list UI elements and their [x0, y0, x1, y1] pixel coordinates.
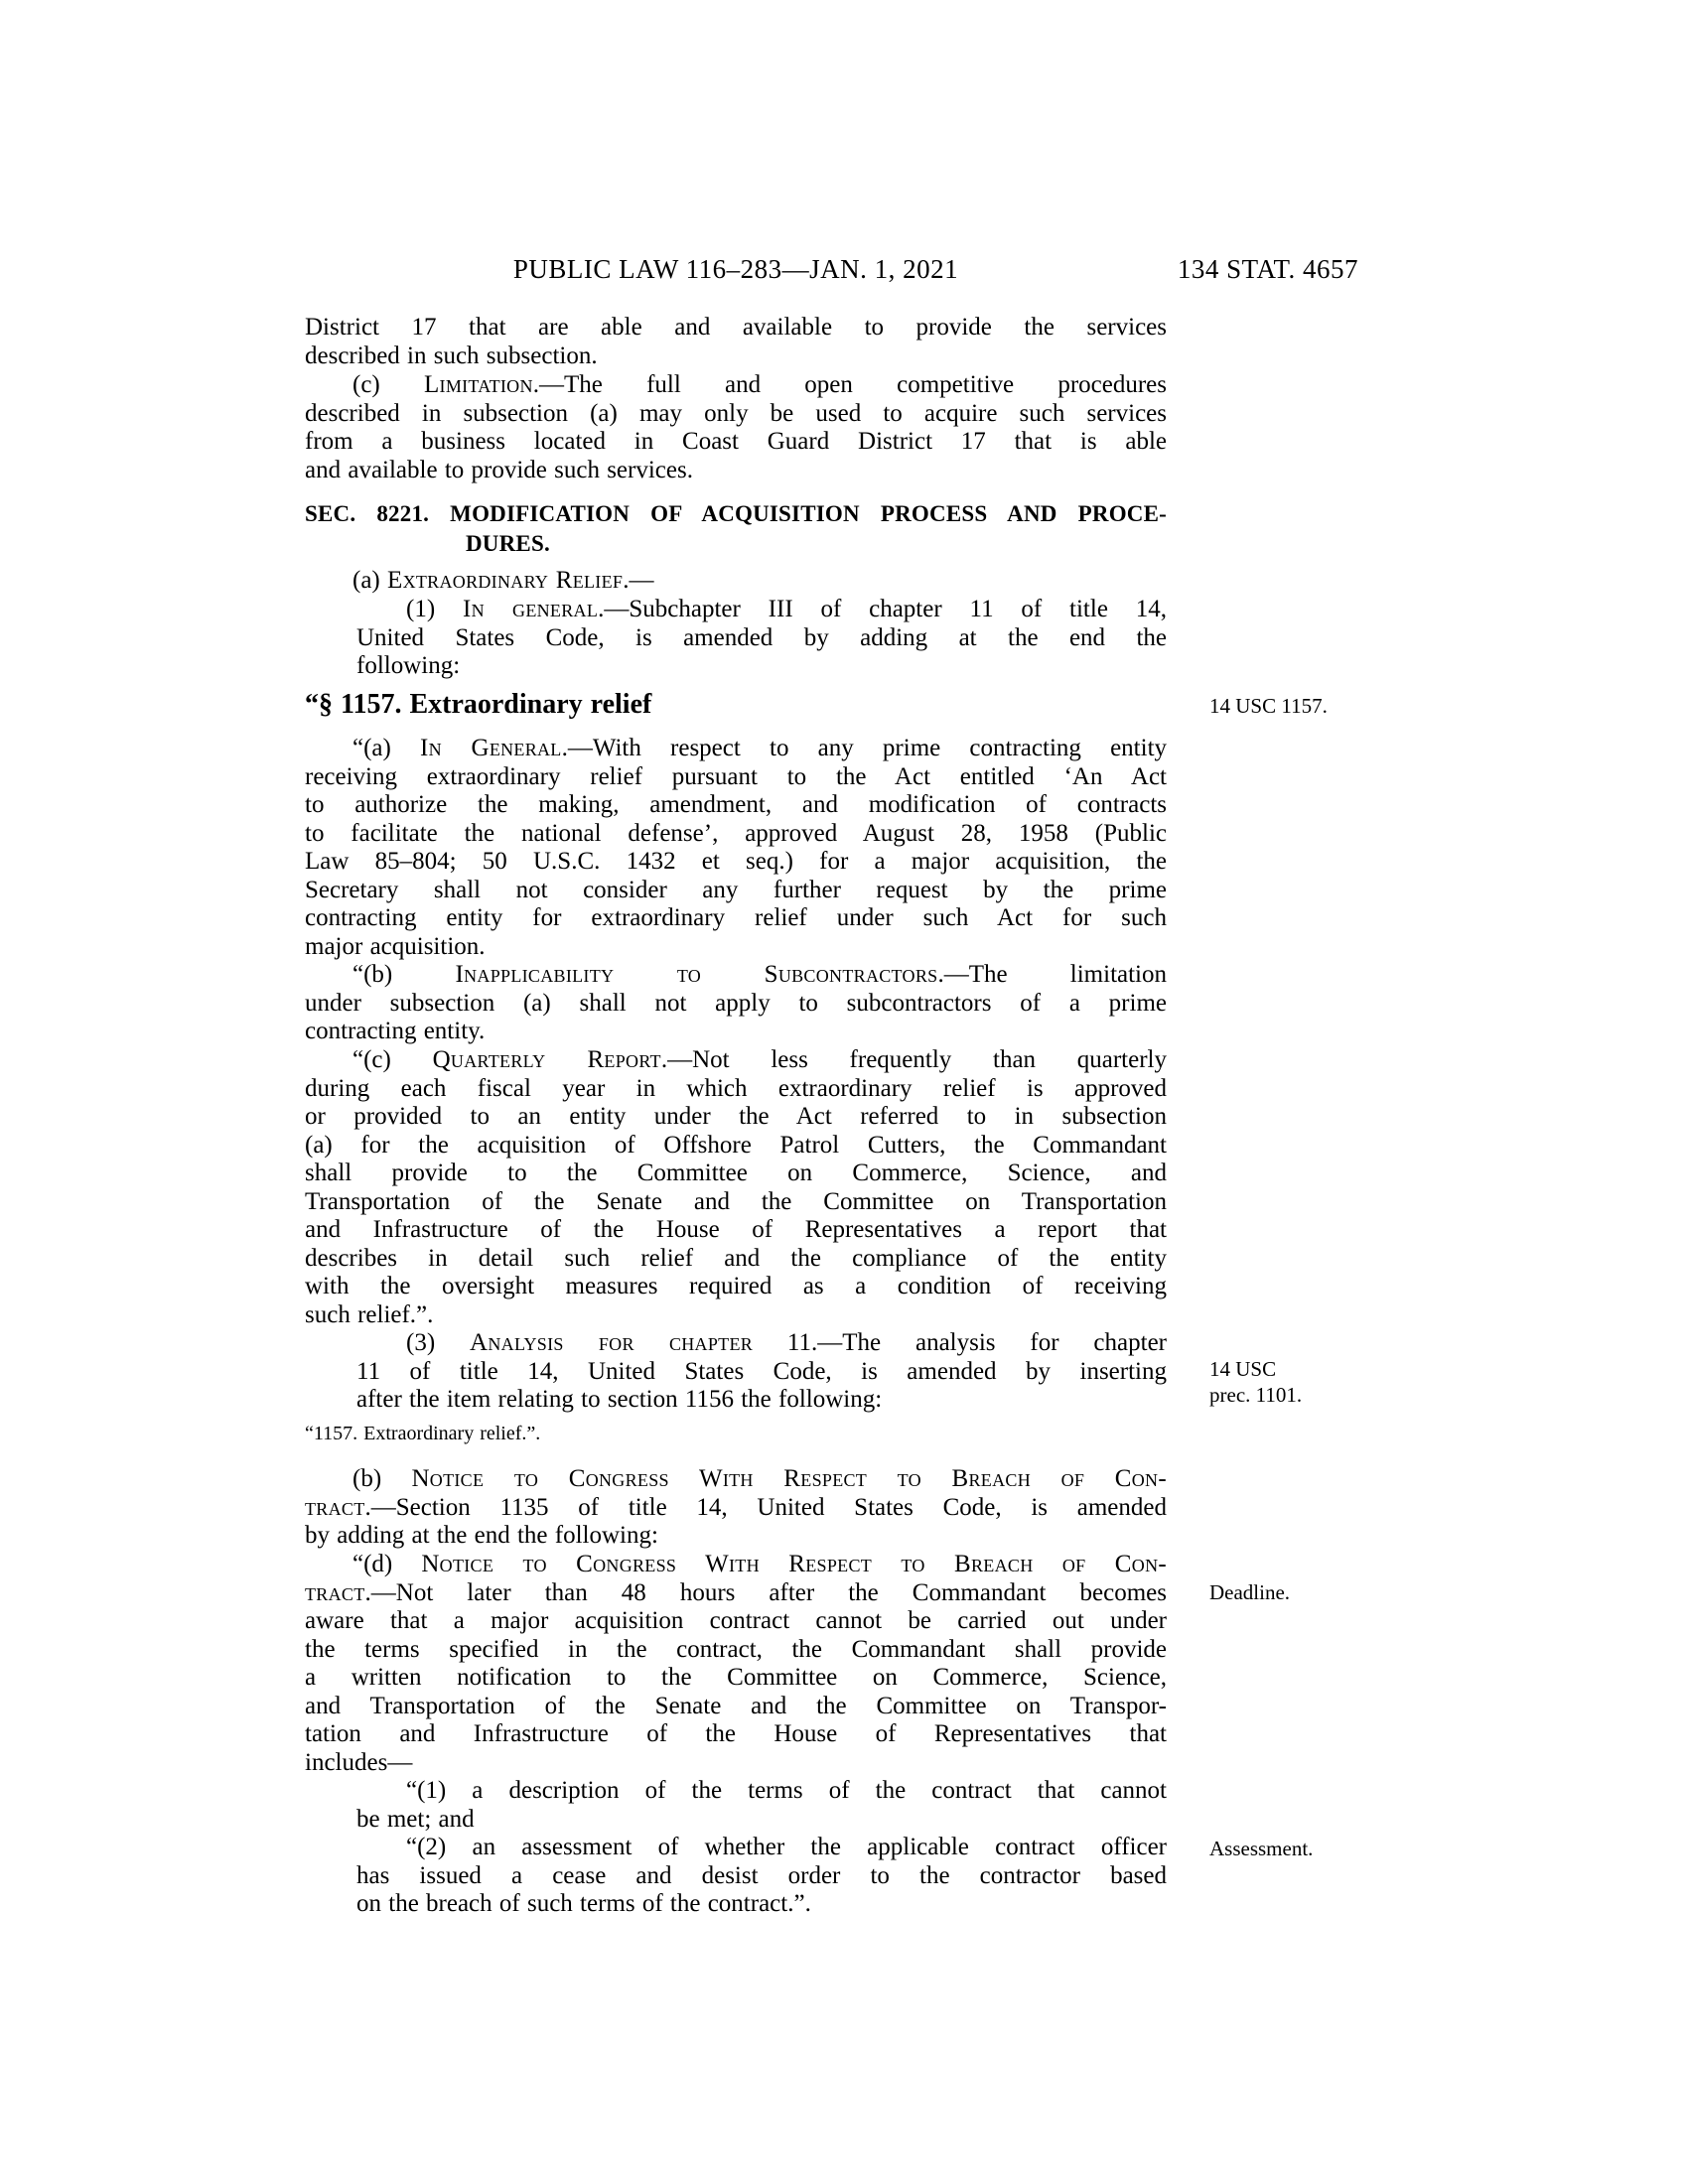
paragraph-c-limitation: (c) Limitation.—The full and open compet…: [305, 371, 1167, 484]
text-line: with the oversight measures required as …: [305, 1273, 1167, 1301]
text-line: (b) Notice to Congress With Respect to B…: [305, 1465, 1167, 1494]
clause-1-description: “(1) a description of the terms of the c…: [356, 1777, 1167, 1834]
text-line: “(d) Notice to Congress With Respect to …: [305, 1551, 1167, 1579]
text-line: United States Code, is amended by adding…: [356, 624, 1167, 653]
text-line: and available to provide such services.: [305, 457, 1167, 485]
statute-page: PUBLIC LAW 116–283—JAN. 1, 2021 134 STAT…: [0, 0, 1688, 2184]
text-line: “(c) Quarterly Report.—Not less frequent…: [305, 1046, 1167, 1075]
text-line: (c) Limitation.—The full and open compet…: [305, 371, 1167, 400]
text-line: “(a) In General.—With respect to any pri…: [305, 735, 1167, 763]
margin-note-line: Deadline.: [1209, 1579, 1388, 1605]
para-1157-b: “(b) Inapplicability to Subcontractors.—…: [305, 961, 1167, 1046]
text-line: from a business located in Coast Guard D…: [305, 428, 1167, 457]
text-line: shall provide to the Committee on Commer…: [305, 1160, 1167, 1188]
paragraph-district-services: District 17 that are able and available …: [305, 314, 1167, 370]
paragraph-1-in-general: (1) In general.—Subchapter III of chapte…: [356, 596, 1167, 681]
margin-note-assessment: Assessment.: [1209, 1836, 1388, 1861]
text-line: described in subsection (a) may only be …: [305, 400, 1167, 429]
text-line: after the item relating to section 1156 …: [356, 1386, 1167, 1415]
text-line: Transportation of the Senate and the Com…: [305, 1188, 1167, 1217]
para-d-notice-breach: “(d) Notice to Congress With Respect to …: [305, 1551, 1167, 1777]
text-line: (3) Analysis for chapter 11.—The analysi…: [356, 1329, 1167, 1358]
clause-2-assessment: “(2) an assessment of whether the applic…: [356, 1834, 1167, 1919]
paragraph-b-notice-breach: (b) Notice to Congress With Respect to B…: [305, 1465, 1167, 1551]
text-line: following:: [356, 652, 1167, 681]
text-line: and Infrastructure of the House of Repre…: [305, 1216, 1167, 1245]
page-header-title: PUBLIC LAW 116–283—JAN. 1, 2021: [305, 254, 1167, 284]
text-line: SEC. 8221. MODIFICATION OF ACQUISITION P…: [305, 499, 1167, 529]
paragraph-3-analysis: (3) Analysis for chapter 11.—The analysi…: [356, 1329, 1167, 1415]
analysis-entry-1157: “1157. Extraordinary relief.”.: [305, 1422, 1167, 1445]
text-line: by adding at the end the following:: [305, 1522, 1167, 1551]
text-line: (a) for the acquisition of Offshore Patr…: [305, 1132, 1167, 1160]
text-line: such relief.”.: [305, 1301, 1167, 1330]
text-line: “§ 1157. Extraordinary relief: [305, 689, 1167, 720]
margin-note-14-usc-prec-1101: 14 USCprec. 1101.: [1209, 1356, 1388, 1408]
margin-note-line: 14 USC 1157.: [1209, 693, 1388, 719]
text-line: or provided to an entity under the Act r…: [305, 1103, 1167, 1132]
text-line: under subsection (a) shall not apply to …: [305, 990, 1167, 1019]
text-line: on the breach of such terms of the contr…: [356, 1890, 1167, 1919]
text-line: and Transportation of the Senate and the…: [305, 1693, 1167, 1721]
text-line: “1157. Extraordinary relief.”.: [305, 1422, 1167, 1445]
text-line: a written notification to the Committee …: [305, 1664, 1167, 1693]
text-line: aware that a major acquisition contract …: [305, 1607, 1167, 1636]
text-line: tation and Infrastructure of the House o…: [305, 1720, 1167, 1749]
text-line: District 17 that are able and available …: [305, 314, 1167, 342]
text-line: describes in detail such relief and the …: [305, 1245, 1167, 1274]
text-line: the terms specified in the contract, the…: [305, 1636, 1167, 1665]
text-line: “(2) an assessment of whether the applic…: [356, 1834, 1167, 1862]
para-1157-a: “(a) In General.—With respect to any pri…: [305, 735, 1167, 961]
text-line: “(1) a description of the terms of the c…: [356, 1777, 1167, 1806]
text-line: receiving extraordinary relief pursuant …: [305, 763, 1167, 792]
margin-note-line: Assessment.: [1209, 1836, 1388, 1861]
text-line: major acquisition.: [305, 933, 1167, 962]
margin-note-line: 14 USC: [1209, 1356, 1388, 1382]
text-line: be met; and: [356, 1806, 1167, 1835]
sec-8221-heading: SEC. 8221. MODIFICATION OF ACQUISITION P…: [305, 499, 1167, 559]
text-line: tract.—Section 1135 of title 14, United …: [305, 1494, 1167, 1523]
text-line: includes—: [305, 1749, 1167, 1778]
margin-note-line: prec. 1101.: [1209, 1382, 1388, 1408]
subsection-a-extraordinary-relief: (a) Extraordinary Relief.—: [305, 567, 1167, 596]
para-1157-c: “(c) Quarterly Report.—Not less frequent…: [305, 1046, 1167, 1329]
text-line: “(b) Inapplicability to Subcontractors.—…: [305, 961, 1167, 990]
text-line: 11 of title 14, United States Code, is a…: [356, 1358, 1167, 1387]
text-line: to facilitate the national defense’, app…: [305, 820, 1167, 849]
text-line: contracting entity.: [305, 1018, 1167, 1046]
page-header-stat-citation: 134 STAT. 4657: [1092, 254, 1358, 284]
margin-note-deadline: Deadline.: [1209, 1579, 1388, 1605]
margin-note-14-usc-1157: 14 USC 1157.: [1209, 693, 1388, 719]
text-line: contracting entity for extraordinary rel…: [305, 904, 1167, 933]
text-line: (1) In general.—Subchapter III of chapte…: [356, 596, 1167, 624]
text-line: tract.—Not later than 48 hours after the…: [305, 1579, 1167, 1608]
text-line: described in such subsection.: [305, 342, 1167, 371]
section-1157-heading: “§ 1157. Extraordinary relief: [305, 689, 1167, 720]
text-line: Law 85–804; 50 U.S.C. 1432 et seq.) for …: [305, 848, 1167, 877]
text-line: (a) Extraordinary Relief.—: [305, 567, 1167, 596]
text-line: Secretary shall not consider any further…: [305, 877, 1167, 905]
text-line: during each fiscal year in which extraor…: [305, 1075, 1167, 1104]
text-line: to authorize the making, amendment, and …: [305, 791, 1167, 820]
text-line: has issued a cease and desist order to t…: [356, 1862, 1167, 1891]
text-line: DURES.: [305, 529, 1167, 559]
